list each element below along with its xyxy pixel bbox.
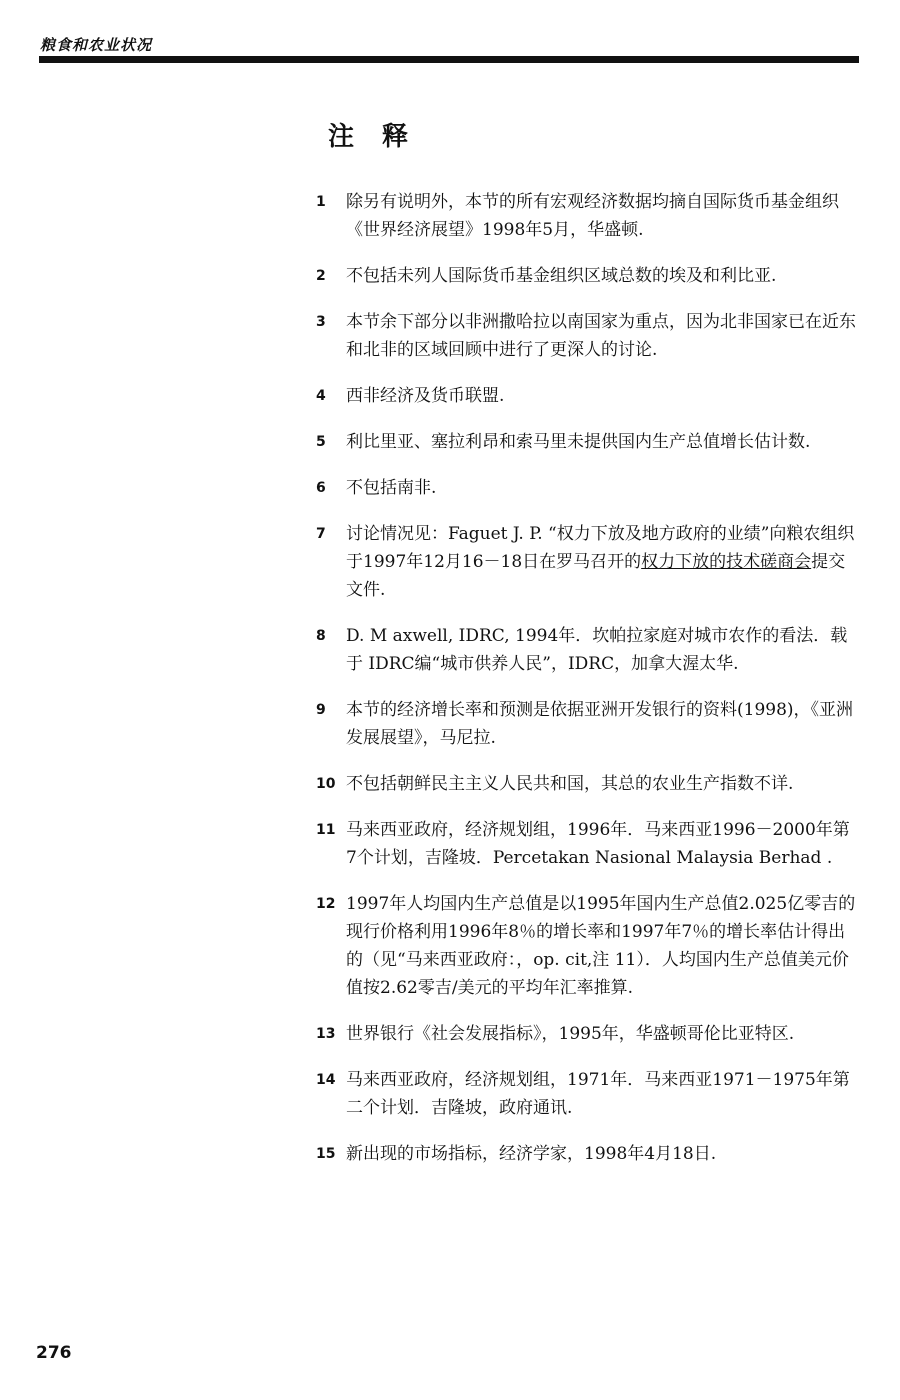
note-text: 1997年人均国内生产总值是以1995年国内生产总值2.025亿零吉的现行价格利… xyxy=(346,890,859,1002)
note-text: D. M axwell, IDRC, 1994年．坎帕拉家庭对城市农作的看法．载… xyxy=(346,622,859,678)
header-rule xyxy=(39,56,859,63)
note-text: 西非经济及货币联盟. xyxy=(346,382,859,410)
note-text: 世界银行《社会发展指标》，1995年，华盛顿哥伦比亚特区. xyxy=(346,1020,859,1048)
note-item: 7 讨论情况见：Faguet J. P. “权力下放及地方政府的业绩”向粮农组织… xyxy=(314,520,859,604)
note-text: 讨论情况见：Faguet J. P. “权力下放及地方政府的业绩”向粮农组织于1… xyxy=(346,520,859,604)
note-number: 7 xyxy=(314,520,346,604)
note-item: 4 西非经济及货币联盟. xyxy=(314,382,859,410)
note-text: 马来西亚政府，经济规划组，1996年．马来西亚1996－2000年第7个计划，吉… xyxy=(346,816,859,872)
note-item: 12 1997年人均国内生产总值是以1995年国内生产总值2.025亿零吉的现行… xyxy=(314,890,859,1002)
note-number: 1 xyxy=(314,188,346,244)
note-number: 14 xyxy=(314,1066,346,1122)
note-item: 11 马来西亚政府，经济规划组，1996年．马来西亚1996－2000年第7个计… xyxy=(314,816,859,872)
note-number: 2 xyxy=(314,262,346,290)
note-item: 3 本节余下部分以非洲撒哈拉以南国家为重点，因为北非国家已在近东和北非的区域回顾… xyxy=(314,308,859,364)
note-text: 新出现的市场指标，经济学家，1998年4月18日. xyxy=(346,1140,859,1168)
note-item: 14 马来西亚政府，经济规划组，1971年．马来西亚1971－1975年第二个计… xyxy=(314,1066,859,1122)
note-number: 12 xyxy=(314,890,346,1002)
page-title: 注释 xyxy=(328,116,436,153)
note-item: 15 新出现的市场指标，经济学家，1998年4月18日. xyxy=(314,1140,859,1168)
note-text: 不包括南非. xyxy=(346,474,859,502)
note-text: 本节的经济增长率和预测是依据亚洲开发银行的资料(1998)，《亚洲发展展望》，马… xyxy=(346,696,859,752)
note-text: 利比里亚、塞拉利昂和索马里未提供国内生产总值增长估计数. xyxy=(346,428,859,456)
page-number: 276 xyxy=(36,1343,72,1363)
note-item: 6 不包括南非. xyxy=(314,474,859,502)
note-item: 2 不包括未列人国际货币基金组织区域总数的埃及和利比亚. xyxy=(314,262,859,290)
note-number: 3 xyxy=(314,308,346,364)
note-number: 5 xyxy=(314,428,346,456)
note-item: 13 世界银行《社会发展指标》，1995年，华盛顿哥伦比亚特区. xyxy=(314,1020,859,1048)
note-number: 8 xyxy=(314,622,346,678)
note-item: 1 除另有说明外，本节的所有宏观经济数据均摘自国际货币基金组织《世界经济展望》1… xyxy=(314,188,859,244)
note-item: 8 D. M axwell, IDRC, 1994年．坎帕拉家庭对城市农作的看法… xyxy=(314,622,859,678)
note-number: 13 xyxy=(314,1020,346,1048)
note-number: 15 xyxy=(314,1140,346,1168)
note-item: 10 不包括朝鲜民主主义人民共和国，其总的农业生产指数不详. xyxy=(314,770,859,798)
note-text: 除另有说明外，本节的所有宏观经济数据均摘自国际货币基金组织《世界经济展望》199… xyxy=(346,188,859,244)
note-text: 不包括未列人国际货币基金组织区域总数的埃及和利比亚. xyxy=(346,262,859,290)
note-number: 10 xyxy=(314,770,346,798)
underlined-meeting-title: 权力下放的技术磋商会 xyxy=(641,552,811,572)
note-number: 9 xyxy=(314,696,346,752)
note-text: 马来西亚政府，经济规划组，1971年．马来西亚1971－1975年第二个计划．吉… xyxy=(346,1066,859,1122)
note-item: 5 利比里亚、塞拉利昂和索马里未提供国内生产总值增长估计数. xyxy=(314,428,859,456)
note-number: 6 xyxy=(314,474,346,502)
running-head: 粮食和农业状况 xyxy=(40,34,152,55)
notes-list: 1 除另有说明外，本节的所有宏观经济数据均摘自国际货币基金组织《世界经济展望》1… xyxy=(314,188,859,1168)
note-number: 11 xyxy=(314,816,346,872)
note-item: 9 本节的经济增长率和预测是依据亚洲开发银行的资料(1998)，《亚洲发展展望》… xyxy=(314,696,859,752)
note-text: 不包括朝鲜民主主义人民共和国，其总的农业生产指数不详. xyxy=(346,770,859,798)
note-text: 本节余下部分以非洲撒哈拉以南国家为重点，因为北非国家已在近东和北非的区域回顾中进… xyxy=(346,308,859,364)
note-number: 4 xyxy=(314,382,346,410)
